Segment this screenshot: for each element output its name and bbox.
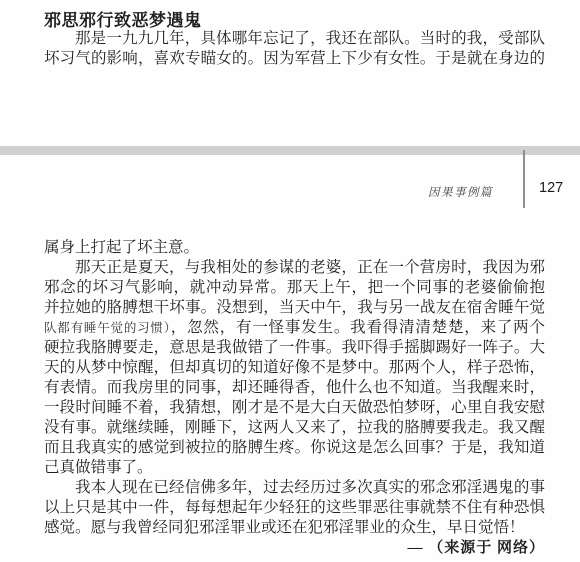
body-text: 属身上打起了坏主意。那天正是夏天，与我相处的参谋的老婆，正在一个营房时，我因为邪… — [44, 238, 545, 538]
text-line: 属身上打起了坏主意。 — [44, 238, 545, 258]
text-segment: 坏习气的影响，喜欢专瞄女的。因为军营上下少有女性。于是就在身边的家 — [44, 50, 545, 69]
text-line: 硬拉我胳膊要走，意思是我做错了一件事。我吓得手摇脚踢好一阵子。大白 — [44, 338, 545, 358]
text-line: 那是一九九几年，具体哪年忘记了，我还在部队。当时的我，受部队上 — [44, 29, 545, 49]
text-line: 并拉她的胳膊想干坏事。没想到，当天中午，我与另一战友在宿舍睡午觉（部 — [44, 298, 545, 318]
page-number: 127 — [539, 180, 563, 196]
inline-note-segment: 队都有睡午觉的习惯） — [44, 321, 171, 335]
text-line: 我本人现在已经信佛多年，过去经历过多次真实的邪念邪淫遇鬼的事情， — [44, 478, 545, 498]
text-line: 以上只是其中一件，每每想起年少轻狂的这些罪恶往事就禁不住有种恐惧的 — [44, 498, 545, 518]
text-segment: 并拉她的胳膊想干坏事。没想到，当天中午，我与另一战友在宿舍睡午觉 — [44, 299, 545, 316]
text-line: 天的从梦中惊醒，但却真切的知道好像不是梦中。那两个人，样子恐怖，没 — [44, 358, 545, 378]
text-line: 一段时间睡不着，我猜想，刚才是不是大白天做恐怕梦呀，心里自我安慰说 — [44, 398, 545, 418]
text-segment: 一段时间睡不着，我猜想，刚才是不是大白天做恐怕梦呀，心里自我安慰说 — [44, 399, 545, 418]
text-segment: 感觉。愿与我曾经同犯邪淫罪业或还在犯邪淫罪业的众生，早日觉悟！ — [44, 519, 525, 536]
text-segment: 而且我真实的感觉到被拉的胳膊生疼。你说这是怎么回事？于是，我知道自 — [44, 439, 545, 458]
running-header-section: 因果事例篇 — [428, 184, 493, 200]
text-segment: 天的从梦中惊醒，但却真切的知道好像不是梦中。那两个人，样子恐怖，没 — [44, 359, 545, 378]
text-segment: 己真做错事了。 — [44, 459, 153, 476]
text-line: 而且我真实的感觉到被拉的胳膊生疼。你说这是怎么回事？于是，我知道自 — [44, 438, 545, 458]
text-line: 没有事。就继续睡，刚睡下，这两人又来了，拉我的胳膊要我走。我又醒了， — [44, 418, 545, 438]
header-divider-rule — [523, 150, 525, 208]
text-line: 己真做错事了。 — [44, 458, 545, 478]
text-segment: 那是一九九几年，具体哪年忘记了，我还在部队。当时的我，受部队上 — [44, 30, 545, 49]
text-segment: 我本人现在已经信佛多年，过去经历过多次真实的邪念邪淫遇鬼的事情， — [44, 479, 545, 498]
text-line: 感觉。愿与我曾经同犯邪淫罪业或还在犯邪淫罪业的众生，早日觉悟！ — [44, 518, 545, 538]
text-line: 邪念的坏习气影响，就冲动异常。那天上午，把一个同事的老婆偷偷抱住， — [44, 278, 545, 298]
text-segment: 那天正是夏天，与我相处的参谋的老婆，正在一个营房时，我因为邪思 — [44, 259, 545, 278]
text-line: 队都有睡午觉的习惯），忽然，有一怪事发生。我看得清清楚楚，来了两个人， — [44, 318, 545, 338]
intro-paragraph: 那是一九九几年，具体哪年忘记了，我还在部队。当时的我，受部队上坏习气的影响，喜欢… — [44, 29, 545, 69]
text-segment: 没有事。就继续睡，刚睡下，这两人又来了，拉我的胳膊要我走。我又醒了， — [44, 419, 545, 438]
source-attribution: — （来源于 网络） — [407, 538, 545, 558]
text-segment: 以上只是其中一件，每每想起年少轻狂的这些罪恶往事就禁不住有种恐惧的 — [44, 499, 545, 518]
text-segment: 有表情。而我房里的同事，却还睡得香，他什么也不知道。当我醒来时，有 — [44, 379, 545, 398]
text-line: 坏习气的影响，喜欢专瞄女的。因为军营上下少有女性。于是就在身边的家 — [44, 49, 545, 69]
text-line: 有表情。而我房里的同事，却还睡得香，他什么也不知道。当我醒来时，有 — [44, 378, 545, 398]
article-title: 邪思邪行致恶梦遇鬼 — [44, 6, 202, 31]
text-segment: 邪念的坏习气影响，就冲动异常。那天上午，把一个同事的老婆偷偷抱住， — [44, 279, 545, 298]
text-segment: 硬拉我胳膊要走，意思是我做错了一件事。我吓得手摇脚踢好一阵子。大白 — [44, 339, 545, 358]
text-segment: 属身上打起了坏主意。 — [44, 239, 199, 256]
page-break-divider — [0, 146, 580, 155]
text-line: 那天正是夏天，与我相处的参谋的老婆，正在一个营房时，我因为邪思 — [44, 258, 545, 278]
book-page: 邪思邪行致恶梦遇鬼 那是一九九几年，具体哪年忘记了，我还在部队。当时的我，受部队… — [0, 0, 580, 562]
